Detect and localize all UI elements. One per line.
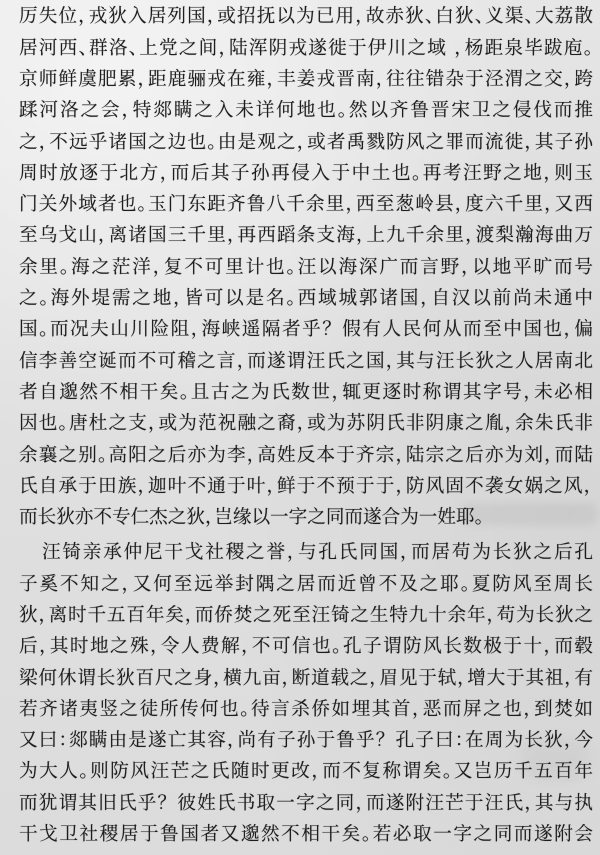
punctuation: ， <box>227 730 237 751</box>
punctuation: ， <box>455 194 465 215</box>
punctuation: ， <box>584 476 593 497</box>
punctuation: ， <box>523 382 534 403</box>
punctuation: 。 <box>98 445 108 466</box>
punctuation: 。 <box>60 257 71 278</box>
punctuation: ， <box>564 730 574 751</box>
punctuation: ， <box>395 445 405 466</box>
text-line: 余襄之别。高阳之后亦为李，高姓反本于齐宗，陆宗之后亦为刘，而陆 <box>19 440 593 471</box>
text-line: 梁何休谓长狄百尺之身，横九亩，断道载之，眉见于轼，增大于其祖，有 <box>19 663 593 694</box>
punctuation: ， <box>544 445 554 466</box>
punctuation: ， <box>282 668 292 689</box>
punctuation: ， <box>454 38 465 59</box>
punctuation: ， <box>138 476 148 497</box>
punctuation: ， <box>505 413 515 434</box>
punctuation: 。 <box>59 413 69 434</box>
punctuation: 。 <box>286 257 297 278</box>
punctuation: 。 <box>79 761 90 782</box>
punctuation: 。 <box>286 288 297 309</box>
punctuation: ， <box>122 100 133 121</box>
text-line: 周时放逐于北方，而后其子孙再侵入于中土也。再考汪野之地，则玉 <box>19 158 593 189</box>
book-page: 厉失位，戎狄入居列国，或招抚以为已用，故赤狄、白狄、义渠、大荔散 居河西、群洛、… <box>0 0 600 855</box>
punctuation: 。 <box>461 574 472 595</box>
punctuation: 。 <box>39 319 50 340</box>
punctuation: ， <box>564 319 575 340</box>
punctuation: ， <box>400 542 411 563</box>
punctuation: ， <box>311 761 322 782</box>
punctuation: ， <box>237 351 248 372</box>
punctuation: ， <box>205 507 214 528</box>
text-line: 门关外域者也。玉门东距齐鲁八千余里，西至葱岭县，度六千里，又西 <box>19 189 593 220</box>
punctuation: ， <box>153 257 164 278</box>
punctuation: 。 <box>207 132 217 153</box>
punctuation: ， <box>213 668 223 689</box>
text-line: 狄，离时千五百年矣，而侨焚之死至汪锜之生特九十余年，苟为长狄之 <box>19 600 593 631</box>
punctuation: ， <box>227 225 237 246</box>
punctuation: ， <box>524 132 534 153</box>
punctuation: ， <box>39 636 50 657</box>
text-line: 京师鲜虞肥累，距鹿骊戎在雍，丰姜戎晋南，往往错杂于泾渭之交，跨 <box>19 64 593 95</box>
text-line-paragraph-end: 而长狄亦不专仁杰之狄，岂缘以一字之同而遂合为一姓耶。 <box>19 502 593 533</box>
punctuation: ， <box>395 476 405 497</box>
punctuation: ， <box>420 288 431 309</box>
text-line: 干戈卫社稷居于鲁国者又邈然不相干矣。若必取一字之同而遂附会 <box>19 819 593 850</box>
punctuation: 。 <box>443 761 454 782</box>
punctuation: ： <box>455 730 465 751</box>
punctuation: 、 <box>475 6 485 27</box>
punctuation: ， <box>297 413 307 434</box>
punctuation: 、 <box>78 38 89 59</box>
punctuation: 。 <box>584 38 593 59</box>
paragraph-1: 厉失位，戎狄入居列国，或招抚以为已用，故赤狄、白狄、义渠、大荔散 居河西、群洛、… <box>19 1 593 533</box>
punctuation: 、 <box>129 38 140 59</box>
punctuation: ， <box>148 413 158 434</box>
punctuation: 。 <box>362 824 373 845</box>
text-line: 国。而况夫山川险阻，海峡遥隔者乎？假有人民何从而至中国也，偏 <box>19 314 593 345</box>
punctuation: ， <box>39 132 49 153</box>
text-line: 若齐诸夷竖之徒所传何也。待言杀侨如埋其首，恶而屏之也，到焚如 <box>19 694 593 725</box>
punctuation: 。 <box>180 382 191 403</box>
punctuation: ， <box>355 6 365 27</box>
punctuation: ， <box>369 668 379 689</box>
text-line: 为大人。则防风汪芒之氏随时更改，而不复称谓矣。又岂历千五百年 <box>19 756 593 787</box>
punctuation: 。 <box>475 507 484 528</box>
punctuation: ， <box>191 319 202 340</box>
text-line: 之。海外堤需之地，皆可以是名。西域城郭诸国，自汉以前尚未通中 <box>19 283 593 314</box>
punctuation: ， <box>465 225 475 246</box>
punctuation: 、 <box>525 6 535 27</box>
punctuation: ， <box>355 793 366 814</box>
paragraph-2: 汪锜亲承仲尼干戈社稷之誉，与孔氏同国，而居苟为长狄之后孔 子奚不知之，又何至远举… <box>19 537 593 850</box>
punctuation: ， <box>523 699 534 720</box>
punctuation: ， <box>138 69 148 90</box>
text-line: 因也。唐杜之支，或为范祝融之裔，或为苏阴氏非阴康之胤，余朱氏非 <box>19 408 593 439</box>
punctuation: ， <box>38 605 48 626</box>
punctuation: ， <box>544 636 555 657</box>
punctuation: ， <box>173 288 184 309</box>
punctuation: ， <box>150 636 161 657</box>
punctuation: ， <box>218 38 229 59</box>
punctuation: ， <box>461 257 472 278</box>
punctuation: ： <box>59 730 69 751</box>
punctuation: ， <box>266 69 276 90</box>
punctuation: 。 <box>138 194 148 215</box>
text-line: 氏自承于田族，迦叶不通于叶，鲜于不预于于，防风固不袭女娲之风， <box>19 471 593 502</box>
punctuation: ， <box>160 163 171 184</box>
body-text: 厉失位，戎狄入居列国，或招抚以为已用，故赤狄、白狄、义渠、大荔散 居河西、群洛、… <box>19 1 593 850</box>
punctuation: ， <box>457 668 467 689</box>
punctuation: ， <box>524 793 535 814</box>
punctuation: ， <box>247 445 257 466</box>
punctuation: 。 <box>412 163 423 184</box>
punctuation: ， <box>287 542 298 563</box>
punctuation: ， <box>266 476 276 497</box>
text-line: 信李善空诞而不可稽之言，而遂谓汪氏之国，其与汪长狄之人居南北 <box>19 346 593 377</box>
text-line: 者自邈然不相干矣。且古之为氏数世，辄更逐时称谓其字号，未必相 <box>19 377 593 408</box>
punctuation: 、 <box>425 6 435 27</box>
punctuation: ， <box>207 6 217 27</box>
text-line: 厉失位，戎狄入居列国，或招抚以为已用，故赤狄、白狄、义渠、大荔散 <box>19 1 593 32</box>
punctuation: ， <box>376 69 386 90</box>
punctuation: 。 <box>332 636 343 657</box>
text-line: 又曰：郯瞒由是遂亡其容，尚有子孙于鲁乎？孔子曰：在周为长狄，今 <box>19 725 593 756</box>
punctuation: ， <box>412 699 423 720</box>
punctuation: ， <box>486 605 496 626</box>
punctuation: ， <box>78 6 88 27</box>
text-line: 之，不远乎诸国之边也。由是观之，或者禹戮防风之罪而流徙，其子孙 <box>19 127 593 158</box>
text-line: 子奚不知之，又何至远举封隅之居而近曾不及之耶。夏防风至周长 <box>19 569 593 600</box>
punctuation: 。 <box>39 288 50 309</box>
punctuation: ， <box>185 605 195 626</box>
punctuation: ， <box>544 194 554 215</box>
punctuation: ， <box>345 194 355 215</box>
punctuation: ， <box>241 636 252 657</box>
punctuation: ， <box>122 574 133 595</box>
text-line: 蹂河洛之会，特郯瞒之入未详何地也。然以齐鲁晋宋卫之侵伐而推 <box>19 95 593 126</box>
text-line: 后，其时地之殊，令人费解，不可信也。孔子谓防风长数极于十，而毂 <box>19 631 593 662</box>
punctuation: ， <box>297 132 307 153</box>
punctuation: ， <box>332 382 343 403</box>
punctuation: ， <box>564 668 574 689</box>
punctuation: ， <box>356 225 366 246</box>
punctuation: ， <box>543 163 554 184</box>
text-line: 至乌戈山，离诸国三千里，再西蹈条支海，上九千余里，渡梨瀚海曲万 <box>19 220 593 251</box>
text-line: 而犹谓其旧氏乎？彼姓氏书取一字之同，而遂附汪芒于汪氏，其与执 <box>19 788 593 819</box>
punctuation: 。 <box>338 100 349 121</box>
punctuation: ， <box>564 69 574 90</box>
punctuation: 。 <box>240 699 251 720</box>
text-line-paragraph-start: 汪锜亲承仲尼干戈社稷之誉，与孔氏同国，而居苟为长狄之后孔 <box>19 537 593 568</box>
text-line: 居河西、群洛、上党之间，陆浑阴戎遂徙于伊川之域 ，杨距泉毕跋庖。 <box>19 33 593 64</box>
punctuation: ， <box>98 225 108 246</box>
text-line: 余里。海之茫洋，复不可里计也。汪以海深广而言野，以地平旷而号 <box>19 252 593 283</box>
punctuation: ， <box>386 351 397 372</box>
